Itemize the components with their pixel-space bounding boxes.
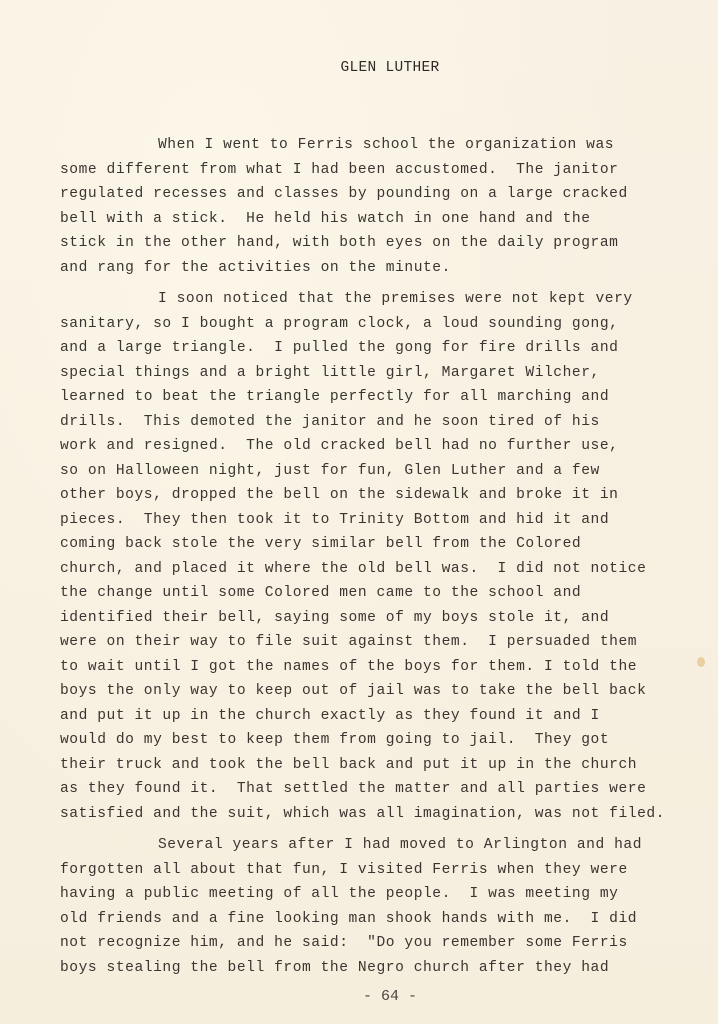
text-line: and rang for the activities on the minut… [60, 256, 710, 281]
page-title: GLEN LUTHER [0, 60, 718, 76]
text-line: boys stealing the bell from the Negro ch… [60, 956, 710, 981]
text-line: bell with a stick. He held his watch in … [60, 207, 710, 232]
text-line: boys the only way to keep out of jail wa… [60, 679, 710, 704]
text-line: to wait until I got the names of the boy… [60, 655, 710, 680]
paragraph-3: Several years after I had moved to Arlin… [60, 833, 710, 980]
text-line: learned to beat the triangle perfectly f… [60, 385, 710, 410]
text-line: so on Halloween night, just for fun, Gle… [60, 459, 710, 484]
text-line: regulated recesses and classes by poundi… [60, 182, 710, 207]
text-line: I soon noticed that the premises were no… [60, 287, 710, 312]
text-line: church, and placed it where the old bell… [60, 557, 710, 582]
text-line: stick in the other hand, with both eyes … [60, 231, 710, 256]
text-line: special things and a bright little girl,… [60, 361, 710, 386]
text-line: identified their bell, saying some of my… [60, 606, 710, 631]
text-line: forgotten all about that fun, I visited … [60, 858, 710, 883]
text-line: some different from what I had been accu… [60, 158, 710, 183]
text-line: Several years after I had moved to Arlin… [60, 833, 710, 858]
paper-stain [697, 657, 705, 667]
text-line: sanitary, so I bought a program clock, a… [60, 312, 710, 337]
text-line: coming back stole the very similar bell … [60, 532, 710, 557]
text-line: and a large triangle. I pulled the gong … [60, 336, 710, 361]
text-line: drills. This demoted the janitor and he … [60, 410, 710, 435]
text-line: their truck and took the bell back and p… [60, 753, 710, 778]
text-line: were on their way to file suit against t… [60, 630, 710, 655]
text-line: work and resigned. The old cracked bell … [60, 434, 710, 459]
paragraph-gap [60, 826, 710, 833]
text-line: as they found it. That settled the matte… [60, 777, 710, 802]
paragraph-1: When I went to Ferris school the organiz… [60, 133, 710, 280]
text-line: When I went to Ferris school the organiz… [60, 133, 710, 158]
text-line: satisfied and the suit, which was all im… [60, 802, 710, 827]
text-line: not recognize him, and he said: "Do you … [60, 931, 710, 956]
paragraph-2: I soon noticed that the premises were no… [60, 287, 710, 826]
text-line: the change until some Colored men came t… [60, 581, 710, 606]
text-line: having a public meeting of all the peopl… [60, 882, 710, 907]
page-number: - 64 - [0, 988, 718, 1005]
text-line: other boys, dropped the bell on the side… [60, 483, 710, 508]
text-line: and put it up in the church exactly as t… [60, 704, 710, 729]
document-body: When I went to Ferris school the organiz… [60, 133, 710, 980]
text-line: old friends and a fine looking man shook… [60, 907, 710, 932]
text-line: would do my best to keep them from going… [60, 728, 710, 753]
text-line: pieces. They then took it to Trinity Bot… [60, 508, 710, 533]
paragraph-gap [60, 280, 710, 287]
